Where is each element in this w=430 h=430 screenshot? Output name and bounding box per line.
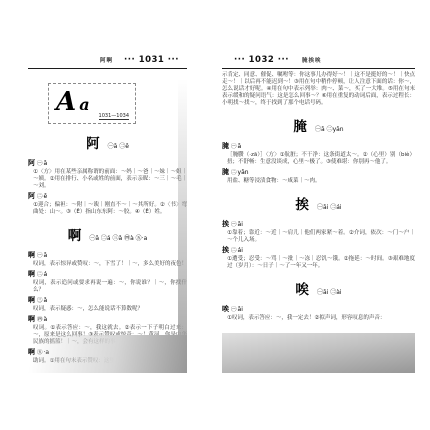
page-header-right: ··· 1032 ··· 腌挨唉	[222, 55, 415, 69]
sense-definition: ①遭受；忍受：～骂｜～批｜～冻｜忍饥～饿。②拖延：～时间。③艰难地度过（岁月）：…	[227, 256, 415, 270]
sense-head: 啊㊂ǎ	[28, 296, 187, 305]
sense-definition: 用盐、糖等浸渍食物：～咸菜｜～肉。	[227, 178, 415, 185]
headword-char: 唉	[295, 282, 309, 298]
sense-block: 挨㊁ái ①遭受；忍受：～骂｜～批｜～冻｜忍饥～饿。②拖延：～时间。③艰难地度过…	[222, 246, 415, 270]
entry-ai-2: 唉 ㊀āi ㊁ài 唉㊀āi ①叹词，表示答应：～，我一定去！②拟声词，形容叹息…	[222, 281, 415, 322]
sense-pinyin: à	[44, 316, 48, 323]
entry-headword: 腌 ㊀ā ㊁yān	[222, 118, 415, 137]
sense-definition: ①〈方〉用在某些亲属称谓的前面：～妈｜～爸｜～妹｜～姐｜～姨。②用在排行、小名或…	[33, 169, 187, 190]
section-letter-lowercase: a	[79, 95, 89, 114]
sense-head: 啊㊀ā	[28, 251, 187, 260]
sense-char: 挨	[222, 246, 229, 254]
sense-block: 阿㊀ā ①〈方〉用在某些亲属称谓的前面：～妈｜～爸｜～妹｜～姐｜～姨。②用在排行…	[28, 159, 187, 190]
headword-char: 啊	[68, 228, 82, 244]
headword-char: 挨	[295, 197, 309, 213]
page-number-left: ··· 1031 ···	[124, 55, 179, 65]
tone-marker-icon: ㊀	[231, 222, 237, 228]
sense-head: 阿㊀ā	[28, 159, 187, 168]
sense-pinyin: āi	[238, 221, 243, 228]
entry-headword: 阿 ㊀ā ㊁ē	[28, 135, 187, 154]
sense-definition: ①迎合；偏袒：～附｜～谀｜刚直不～｜～其所好。②〈书〉弯曲处：山～。③（Ē）指山…	[33, 202, 187, 216]
entry-a-1: 阿 ㊀ā ㊁ē 阿㊀ā ①〈方〉用在某些亲属称谓的前面：～妈｜～爸｜～妹｜～姐｜…	[28, 135, 187, 216]
sense-definition: 叹词，表示惊异或赞叹：～，下雪了！｜～，多么美好的夜色！	[33, 261, 187, 268]
sense-block: 腌㊁yān 用盐、糖等浸渍食物：～咸菜｜～肉。	[222, 168, 415, 185]
dictionary-spread: 阿啊 ··· 1031 ··· Aa 1031—1034 阿 ㊀ā ㊁ē 阿㊀ā…	[0, 0, 430, 430]
tone-marker-icon: ㊀	[37, 161, 43, 167]
entry-ai-1: 挨 ㊀āi ㊁ái 挨㊀āi ①靠着；靠近：～近｜～肩儿｜他们两家紧～着。②介词…	[222, 196, 415, 270]
sense-block: 腌㊀ā ［腌臜（·zā）］〈方〉①肮脏；不干净：这条街道太～。②（心里）别（bi…	[222, 142, 415, 166]
headword-pronunciations: ㊀ā ㊁á ㊂ǎ ㊃à ㊄·a	[89, 235, 147, 242]
sense-definition: ［腌臜（·zā）］〈方〉①肮脏；不干净：这条街道太～。②（心里）别（biè）扭；…	[227, 152, 415, 166]
sense-char: 啊	[28, 315, 35, 323]
sense-block: 啊㊂ǎ 叹词，表示疑惑：～，怎么能说话不算数呢？	[28, 296, 187, 313]
sense-head: 唉㊀āi	[222, 305, 415, 314]
entry-headword: 唉 ㊀āi ㊁ài	[222, 281, 415, 300]
sense-head: 挨㊁ái	[222, 246, 415, 255]
sense-pinyin: á	[44, 271, 48, 278]
sense-char: 腌	[222, 142, 229, 150]
headword-pronunciations: ㊀ā ㊁yān	[315, 126, 344, 133]
guide-words-right: 腌挨唉	[302, 56, 322, 64]
sense-head: 腌㊁yān	[222, 168, 415, 177]
sense-char: 阿	[28, 159, 35, 167]
headword-char: 腌	[293, 119, 307, 135]
sense-block: 啊㊁á 叹词，表示追问或要求再说一遍：～，你说谁？｜～，你找什么？	[28, 270, 187, 294]
sense-definition: ①叹词，表示答应：～，我一定去！②拟声词，形容叹息的声音：	[227, 315, 415, 322]
sense-head: 腌㊀ā	[222, 142, 415, 151]
section-page-range: 1031—1034	[99, 113, 129, 121]
sense-char: 阿	[28, 192, 35, 200]
entry-yan: 腌 ㊀ā ㊁yān 腌㊀ā ［腌臜（·zā）］〈方〉①肮脏；不干净：这条街道太～…	[222, 118, 415, 185]
headword-pronunciations: ㊀āi ㊁ái	[317, 204, 342, 211]
sense-head: 啊㊁á	[28, 270, 187, 279]
sense-char: 啊	[28, 296, 35, 304]
headword-pronunciations: ㊀ā ㊁ē	[108, 143, 129, 150]
tone-marker-icon: ㊀	[37, 253, 43, 259]
page-bottom-shadow	[28, 335, 187, 373]
headword-char: 阿	[86, 136, 100, 152]
section-letter-uppercase: A	[56, 87, 76, 117]
sense-char: 啊	[28, 270, 35, 278]
page-header-left: 阿啊 ··· 1031 ···	[28, 55, 187, 69]
page-bottom-shadow	[222, 333, 415, 373]
sense-block: 啊㊀ā 叹词，表示惊异或赞叹：～，下雪了！｜～，多么美好的夜色！	[28, 251, 187, 268]
sense-char: 啊	[28, 251, 35, 259]
sense-head: 阿㊁ē	[28, 192, 187, 201]
sense-pinyin: āi	[238, 306, 243, 313]
entry-headword: 啊 ㊀ā ㊁á ㊂ǎ ㊃à ㊄·a	[28, 227, 187, 246]
entry-headword: 挨 ㊀āi ㊁ái	[222, 196, 415, 215]
sense-pinyin: ā	[238, 143, 242, 150]
page-gutter-shadow	[178, 79, 187, 337]
tone-marker-icon: ㊁	[37, 272, 43, 278]
tone-marker-icon: ㊁	[231, 248, 237, 254]
sense-block: 阿㊁ē ①迎合；偏袒：～附｜～谀｜刚直不～｜～其所好。②〈书〉弯曲处：山～。③（…	[28, 192, 187, 216]
tone-marker-icon: ㊃	[37, 317, 43, 323]
tone-marker-icon: ㊂	[37, 298, 43, 304]
sense-char: 唉	[222, 305, 229, 313]
sense-head: 挨㊀āi	[222, 220, 415, 229]
sense-block: 挨㊀āi ①靠着；靠近：～近｜～肩儿｜他们两家紧～着。②介词，依次：～门～户｜～…	[222, 220, 415, 244]
sense-pinyin: ā	[44, 252, 48, 259]
sense-definition: 叹词，表示追问或要求再说一遍：～，你说谁？｜～，你找什么？	[33, 280, 187, 294]
sense-pinyin: ǎ	[44, 297, 48, 304]
tone-marker-icon: ㊁	[37, 194, 43, 200]
sense-definition: 叹词，表示疑惑：～，怎么能说话不算数呢？	[33, 306, 187, 313]
continuation-text: 示肯定、同意、催促、嘱咐等：你这事儿办得好～！｜这不是挺好的～！｜快点走～！｜以…	[222, 72, 415, 107]
letter-section-box: Aa 1031—1034	[48, 83, 136, 124]
page-left: 阿啊 ··· 1031 ··· Aa 1031—1034 阿 ㊀ā ㊁ē 阿㊀ā…	[28, 55, 187, 373]
sense-definition: ①靠着；靠近：～近｜～肩儿｜他们两家紧～着。②介词，依次：～门～户｜～个儿入场。	[227, 230, 415, 244]
page-right: ··· 1032 ··· 腌挨唉 示肯定、同意、催促、嘱咐等：你这事儿办得好～！…	[222, 55, 415, 373]
headword-pronunciations: ㊀āi ㊁ài	[317, 289, 342, 296]
page-number-right: ··· 1032 ···	[234, 55, 289, 65]
sense-head: 啊㊃à	[28, 315, 187, 324]
tone-marker-icon: ㊀	[231, 307, 237, 313]
sense-pinyin: yān	[238, 169, 249, 176]
sense-block: 唉㊀āi ①叹词，表示答应：～，我一定去！②拟声词，形容叹息的声音：	[222, 305, 415, 322]
tone-marker-icon: ㊀	[231, 144, 237, 150]
sense-char: 腌	[222, 168, 229, 176]
tone-marker-icon: ㊁	[231, 170, 237, 176]
guide-words-left: 阿啊	[100, 56, 113, 64]
sense-pinyin: ā	[44, 160, 48, 167]
sense-pinyin: ái	[238, 247, 243, 254]
sense-char: 挨	[222, 220, 229, 228]
sense-pinyin: ē	[44, 193, 48, 200]
